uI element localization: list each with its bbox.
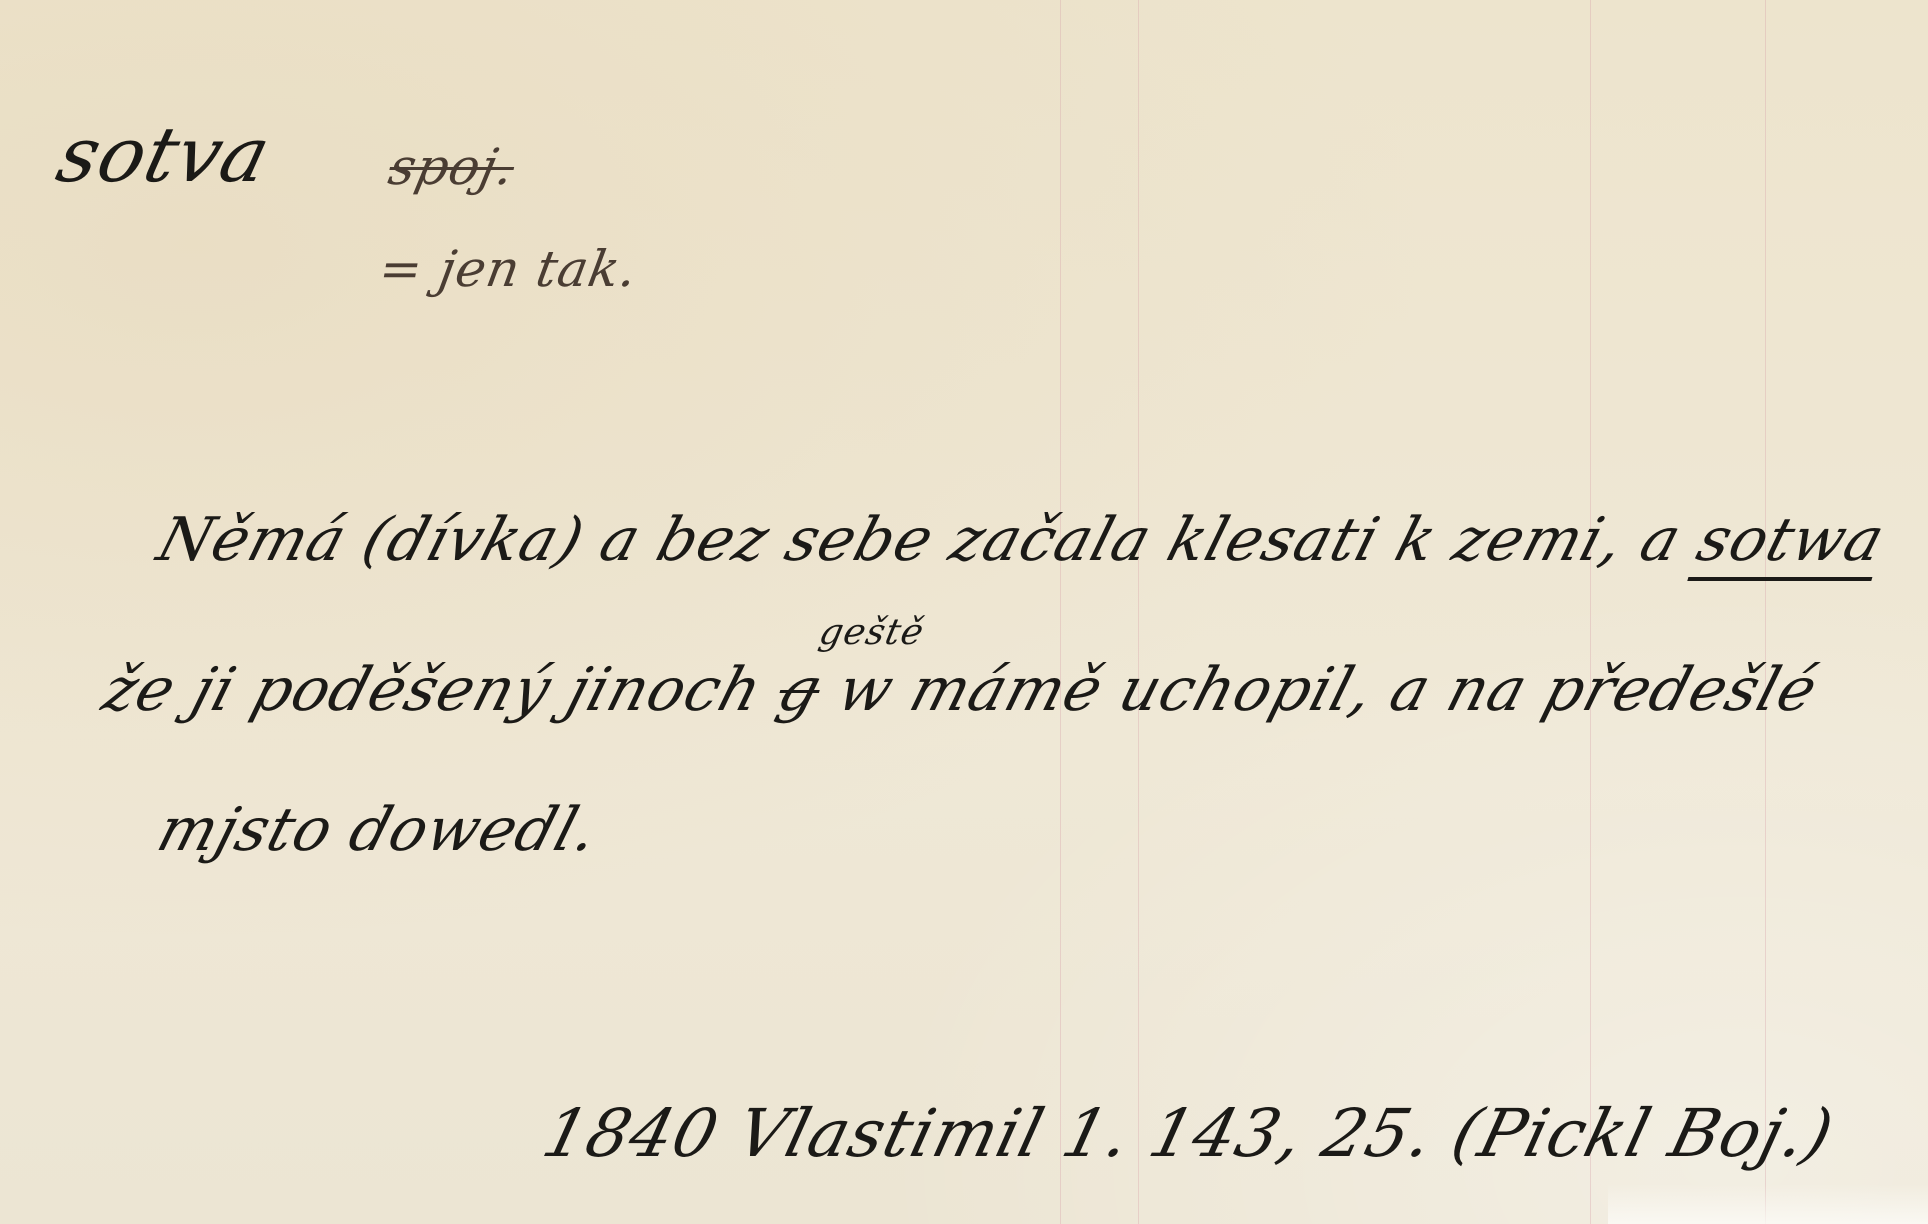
- ruled-line: [1060, 0, 1061, 1224]
- quotation-line-2-after: w mámě uchopil, a na předešlé: [810, 655, 1826, 725]
- ruled-line: [1138, 0, 1139, 1224]
- paper-stain: [1608, 1184, 1928, 1224]
- interlinear-insertion: geště: [816, 612, 928, 653]
- quotation-line-2: že ji poděšený jinoch g w mámě uchopil, …: [95, 655, 1826, 725]
- grammar-label: spoj.: [384, 138, 521, 196]
- citation-card: sotva spoj. = jen tak. Němá (dívka) a be…: [0, 0, 1928, 1224]
- source-citation: 1840 Vlastimil 1. 143, 25. (Pickl Boj.): [535, 1095, 1841, 1172]
- quotation-line-3: mjsto dowedl.: [150, 795, 607, 865]
- underlined-headword-occurrence: sotwa: [1688, 505, 1893, 581]
- ruled-line: [1590, 0, 1591, 1224]
- ruled-line: [1765, 0, 1766, 1224]
- quotation-line-1-text: Němá (dívka) a bez sebe začala klesati k…: [150, 505, 1709, 575]
- quotation-line-2-before: že ji poděšený jinoch: [95, 655, 790, 725]
- gloss: = jen tak.: [375, 240, 642, 298]
- headword: sotva: [49, 110, 280, 199]
- quotation-line-1: Němá (dívka) a bez sebe začala klesati k…: [150, 505, 1893, 575]
